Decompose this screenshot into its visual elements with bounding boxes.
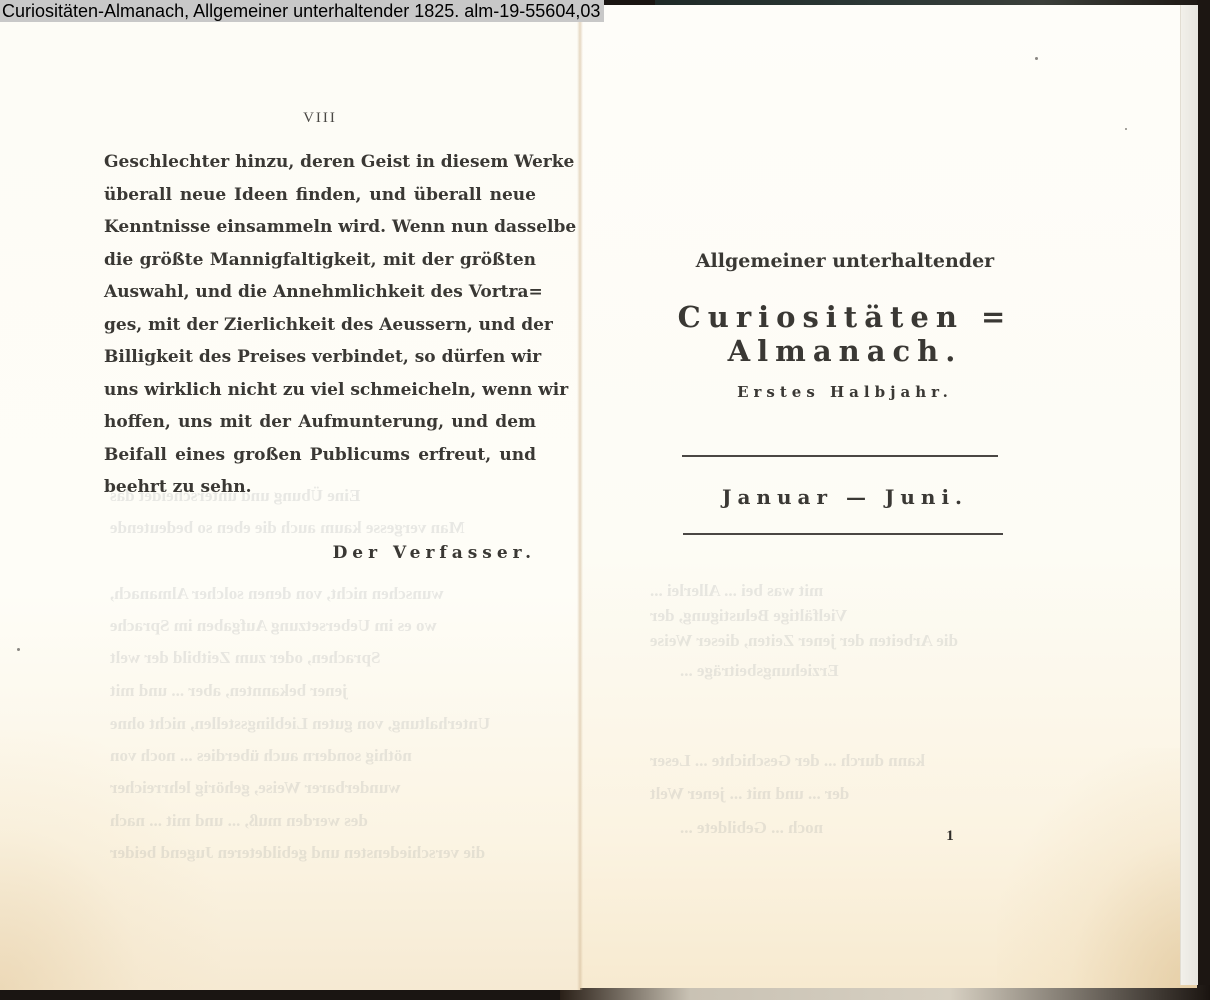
half-year-label: Erstes Halbjahr. bbox=[620, 383, 1070, 401]
text-line: uns wirklich nicht zu viel schmeicheln, … bbox=[104, 374, 536, 407]
book-title: Curiositäten = Almanach. bbox=[600, 300, 1090, 368]
months-range: Januar — Juni. bbox=[640, 485, 1050, 509]
text-line: Auswahl, und die Annehmlichkeit des Vort… bbox=[104, 276, 536, 309]
document-title-bar: Curiositäten-Almanach, Allgemeiner unter… bbox=[0, 0, 604, 22]
text-line: Beifall eines großen Publicums erfreut, … bbox=[104, 439, 536, 472]
scanned-book-spread: Eine Übung und unterscheidet das Man ver… bbox=[0, 0, 1210, 1000]
text-line: Billigkeit des Preises verbindet, so dür… bbox=[104, 341, 536, 374]
paper-speck bbox=[1125, 128, 1127, 130]
left-page-number: VIII bbox=[90, 110, 550, 127]
horizontal-rule-top bbox=[682, 455, 998, 457]
book-gutter bbox=[577, 22, 583, 990]
horizontal-rule-bottom bbox=[683, 533, 1003, 535]
book-subtitle: Allgemeiner unterhaltender bbox=[620, 250, 1070, 272]
text-line: Kenntnisse einsammeln wird. Wenn nun das… bbox=[104, 211, 536, 244]
right-page-number: 1 bbox=[930, 828, 970, 845]
text-line: ges, mit der Zierlichkeit des Aeussern, … bbox=[104, 309, 536, 342]
text-line: die größte Mannigfaltigkeit, mit der grö… bbox=[104, 244, 536, 277]
author-signature: Der Verfasser. bbox=[300, 543, 536, 563]
text-line: hoffen, uns mit der Aufmunterung, und de… bbox=[104, 406, 536, 439]
left-page-body-text: Geschlechter hinzu, deren Geist in diese… bbox=[104, 146, 536, 504]
text-line: beehrt zu sehn. bbox=[104, 471, 536, 504]
text-line: überall neue Ideen finden, und überall n… bbox=[104, 179, 536, 212]
paper-speck bbox=[17, 648, 20, 651]
paper-speck bbox=[1035, 57, 1038, 60]
text-line: Geschlechter hinzu, deren Geist in diese… bbox=[104, 146, 536, 179]
book-cover-edge-right bbox=[1197, 0, 1210, 1000]
right-page-fore-edge bbox=[1180, 5, 1198, 985]
